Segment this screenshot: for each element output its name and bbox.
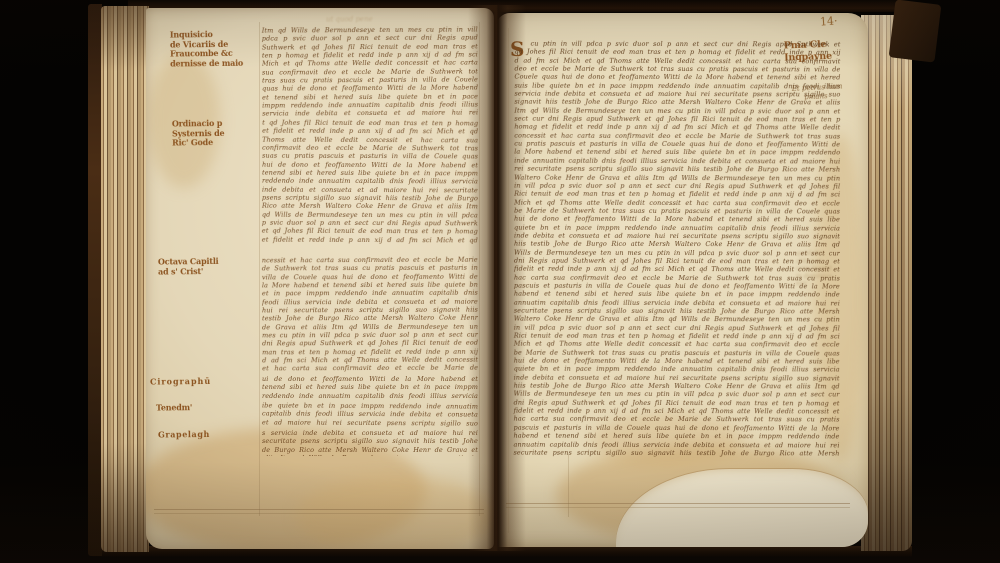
left-page: ut quod pene Inquisicio de Vicariis de F… (146, 8, 494, 549)
margin-heading-tenedm: Tenedm' (156, 402, 256, 413)
margin-heading-ordinacio: Ordinacio p Systernis de Ric' Gode (172, 119, 262, 149)
rubric-line: Ric' Gode (172, 138, 262, 149)
manuscript-paragraph: ncessit et hac carta sua confirmavit deo… (262, 256, 478, 375)
photo-canvas: ut quod pene Inquisicio de Vicariis de F… (0, 0, 1000, 563)
rubric-line: Tenedm' (156, 402, 256, 413)
margin-heading-grapelagh: Grapelagh (158, 429, 258, 440)
page-stack-fore-edge-right (861, 15, 912, 551)
rubric-line: Grapelagh (158, 429, 258, 440)
margin-heading-cirographum: Cirographū (150, 376, 258, 387)
ruling-line-horizontal (506, 503, 850, 504)
book-cover-left-edge (88, 4, 102, 556)
ruling-line-horizontal (154, 513, 484, 514)
ruling-line-horizontal (506, 507, 850, 508)
faded-header-inscription: ut quod pene (326, 14, 456, 23)
manuscript-paragraph: Itm qd Wills de Bermundeseye ten un mes … (262, 25, 478, 118)
margin-heading-inquisicio: Inquisicio de Vicariis de Fraucombe &c d… (170, 29, 266, 69)
book-cover-right-corner (889, 0, 942, 63)
book-gutter-shadow (468, 5, 526, 551)
page-stack-fore-edge-left (101, 6, 149, 552)
margin-heading-octava: Octava Capitli ad s' Crist' (158, 256, 262, 276)
manuscript-paragraph: t qd Johes fil Rici tenuit de eod man tr… (262, 119, 478, 246)
ruling-line-horizontal (154, 509, 484, 510)
manuscript-text-block: cu ptin in vill pdca p svic duor sol p a… (513, 40, 840, 459)
rubric-line: dernisse de maio (170, 59, 266, 70)
manuscript-paragraph: s servicia inde debita et consueta et ad… (262, 429, 478, 456)
right-page: 14· Pma Cle Inqpayne Et petrus ham pmans… (496, 13, 868, 547)
manuscript-paragraph: ui de dono et feoffamento Witti de la Mo… (262, 375, 478, 401)
rubric-line: Cirographū (150, 376, 258, 387)
manuscript-paragraph: ibe quiete bn et in pace imppm reddendo … (262, 401, 478, 428)
folio-number: 14· (820, 14, 838, 28)
rubric-line: ad s' Crist' (158, 266, 262, 277)
